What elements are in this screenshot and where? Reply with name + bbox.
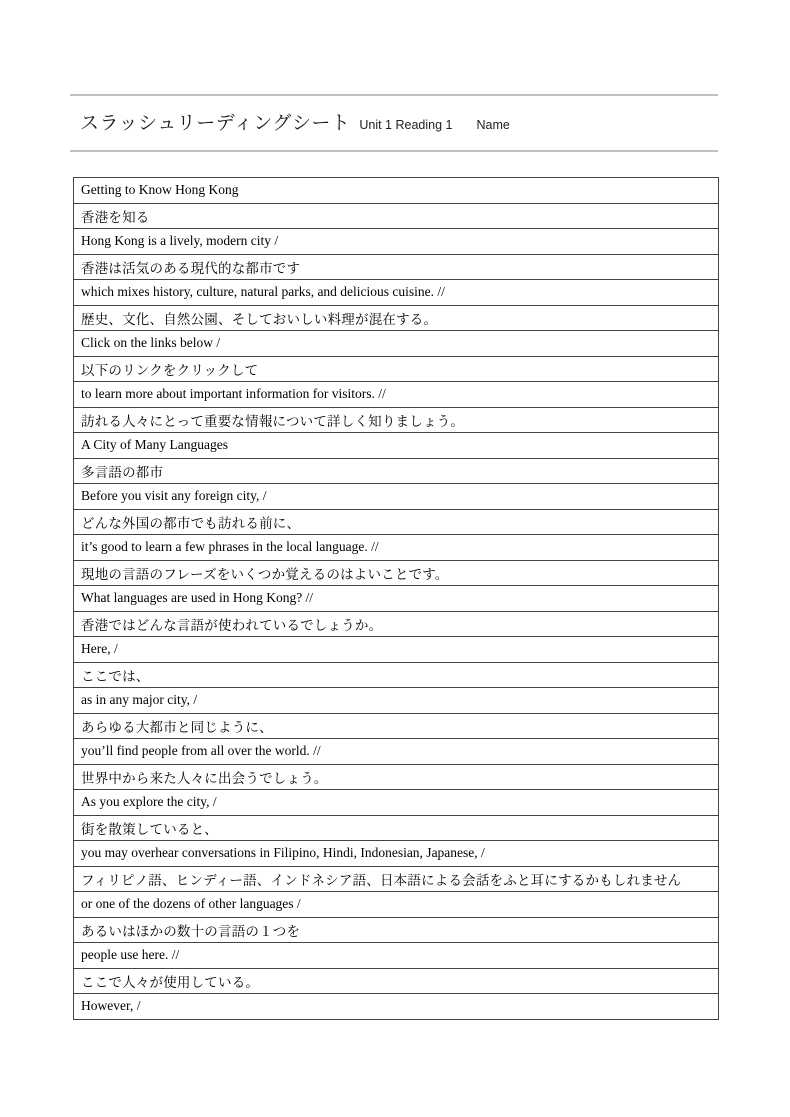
- row-text: you’ll find people from all over the wor…: [74, 739, 719, 765]
- row-text: 以下のリンクをクリックして: [74, 356, 719, 382]
- row-text: あるいはほかの数十の言語の１つを: [74, 917, 719, 943]
- row-text: 香港ではどんな言語が使われているでしょうか。: [74, 611, 719, 637]
- header-bottom-rule: [70, 150, 718, 152]
- row-text: Getting to Know Hong Kong: [74, 178, 719, 204]
- row-text: people use here. //: [74, 943, 719, 969]
- table-row: 世界中から来た人々に出会うでしょう。: [74, 764, 719, 790]
- table-row: which mixes history, culture, natural pa…: [74, 280, 719, 306]
- row-text: However, /: [74, 994, 719, 1020]
- row-text: 街を散策していると、: [74, 815, 719, 841]
- row-text: to learn more about important informatio…: [74, 382, 719, 408]
- row-text: Here, /: [74, 637, 719, 663]
- table-row: あらゆる大都市と同じように、: [74, 713, 719, 739]
- table-row: you’ll find people from all over the wor…: [74, 739, 719, 765]
- table-row: ここで人々が使用している。: [74, 968, 719, 994]
- table-row: 以下のリンクをクリックして: [74, 356, 719, 382]
- name-label: Name: [476, 118, 509, 132]
- table-row: 多言語の都市: [74, 458, 719, 484]
- row-text: which mixes history, culture, natural pa…: [74, 280, 719, 306]
- table-row: ここでは、: [74, 662, 719, 688]
- row-text: What languages are used in Hong Kong? //: [74, 586, 719, 612]
- row-text: Click on the links below /: [74, 331, 719, 357]
- page-title: スラッシュリーディングシート: [80, 108, 350, 135]
- row-text: 世界中から来た人々に出会うでしょう。: [74, 764, 719, 790]
- row-text: A City of Many Languages: [74, 433, 719, 459]
- table-row: 歴史、文化、自然公園、そしておいしい料理が混在する。: [74, 305, 719, 331]
- worksheet-page: スラッシュリーディングシート Unit 1 Reading 1 Name Get…: [0, 0, 790, 1117]
- row-text: as in any major city, /: [74, 688, 719, 714]
- table-row: it’s good to learn a few phrases in the …: [74, 535, 719, 561]
- row-text: or one of the dozens of other languages …: [74, 892, 719, 918]
- row-text: As you explore the city, /: [74, 790, 719, 816]
- reading-table-body: Getting to Know Hong Kong香港を知るHong Kong …: [74, 178, 719, 1020]
- table-row: 香港を知る: [74, 203, 719, 229]
- table-row: as in any major city, /: [74, 688, 719, 714]
- table-row: 現地の言語のフレーズをいくつか覚えるのはよいことです。: [74, 560, 719, 586]
- table-row: 香港は活気のある現代的な都市です: [74, 254, 719, 280]
- table-row: A City of Many Languages: [74, 433, 719, 459]
- table-row: However, /: [74, 994, 719, 1020]
- row-text: Hong Kong is a lively, modern city /: [74, 229, 719, 255]
- row-text: ここで人々が使用している。: [74, 968, 719, 994]
- table-row: people use here. //: [74, 943, 719, 969]
- reading-table: Getting to Know Hong Kong香港を知るHong Kong …: [73, 177, 719, 1020]
- row-text: ここでは、: [74, 662, 719, 688]
- table-row: What languages are used in Hong Kong? //: [74, 586, 719, 612]
- row-text: 香港を知る: [74, 203, 719, 229]
- table-row: or one of the dozens of other languages …: [74, 892, 719, 918]
- table-row: Before you visit any foreign city, /: [74, 484, 719, 510]
- row-text: 歴史、文化、自然公園、そしておいしい料理が混在する。: [74, 305, 719, 331]
- table-row: 訪れる人々にとって重要な情報について詳しく知りましょう。: [74, 407, 719, 433]
- table-row: フィリピノ語、ヒンディー語、インドネシア語、日本語による会話をふと耳にするかもし…: [74, 866, 719, 892]
- row-text: 訪れる人々にとって重要な情報について詳しく知りましょう。: [74, 407, 719, 433]
- row-text: Before you visit any foreign city, /: [74, 484, 719, 510]
- row-text: you may overhear conversations in Filipi…: [74, 841, 719, 867]
- table-row: Click on the links below /: [74, 331, 719, 357]
- row-text: どんな外国の都市でも訪れる前に、: [74, 509, 719, 535]
- row-text: 多言語の都市: [74, 458, 719, 484]
- row-text: あらゆる大都市と同じように、: [74, 713, 719, 739]
- table-row: Getting to Know Hong Kong: [74, 178, 719, 204]
- row-text: it’s good to learn a few phrases in the …: [74, 535, 719, 561]
- table-row: As you explore the city, /: [74, 790, 719, 816]
- table-row: 街を散策していると、: [74, 815, 719, 841]
- table-row: you may overhear conversations in Filipi…: [74, 841, 719, 867]
- row-text: 香港は活気のある現代的な都市です: [74, 254, 719, 280]
- table-row: あるいはほかの数十の言語の１つを: [74, 917, 719, 943]
- unit-label: Unit 1 Reading 1: [359, 118, 452, 132]
- row-text: フィリピノ語、ヒンディー語、インドネシア語、日本語による会話をふと耳にするかもし…: [74, 866, 719, 892]
- table-row: to learn more about important informatio…: [74, 382, 719, 408]
- table-row: どんな外国の都市でも訪れる前に、: [74, 509, 719, 535]
- table-row: 香港ではどんな言語が使われているでしょうか。: [74, 611, 719, 637]
- header: スラッシュリーディングシート Unit 1 Reading 1 Name: [80, 108, 510, 135]
- row-text: 現地の言語のフレーズをいくつか覚えるのはよいことです。: [74, 560, 719, 586]
- table-row: Here, /: [74, 637, 719, 663]
- header-top-rule: [70, 94, 718, 96]
- table-row: Hong Kong is a lively, modern city /: [74, 229, 719, 255]
